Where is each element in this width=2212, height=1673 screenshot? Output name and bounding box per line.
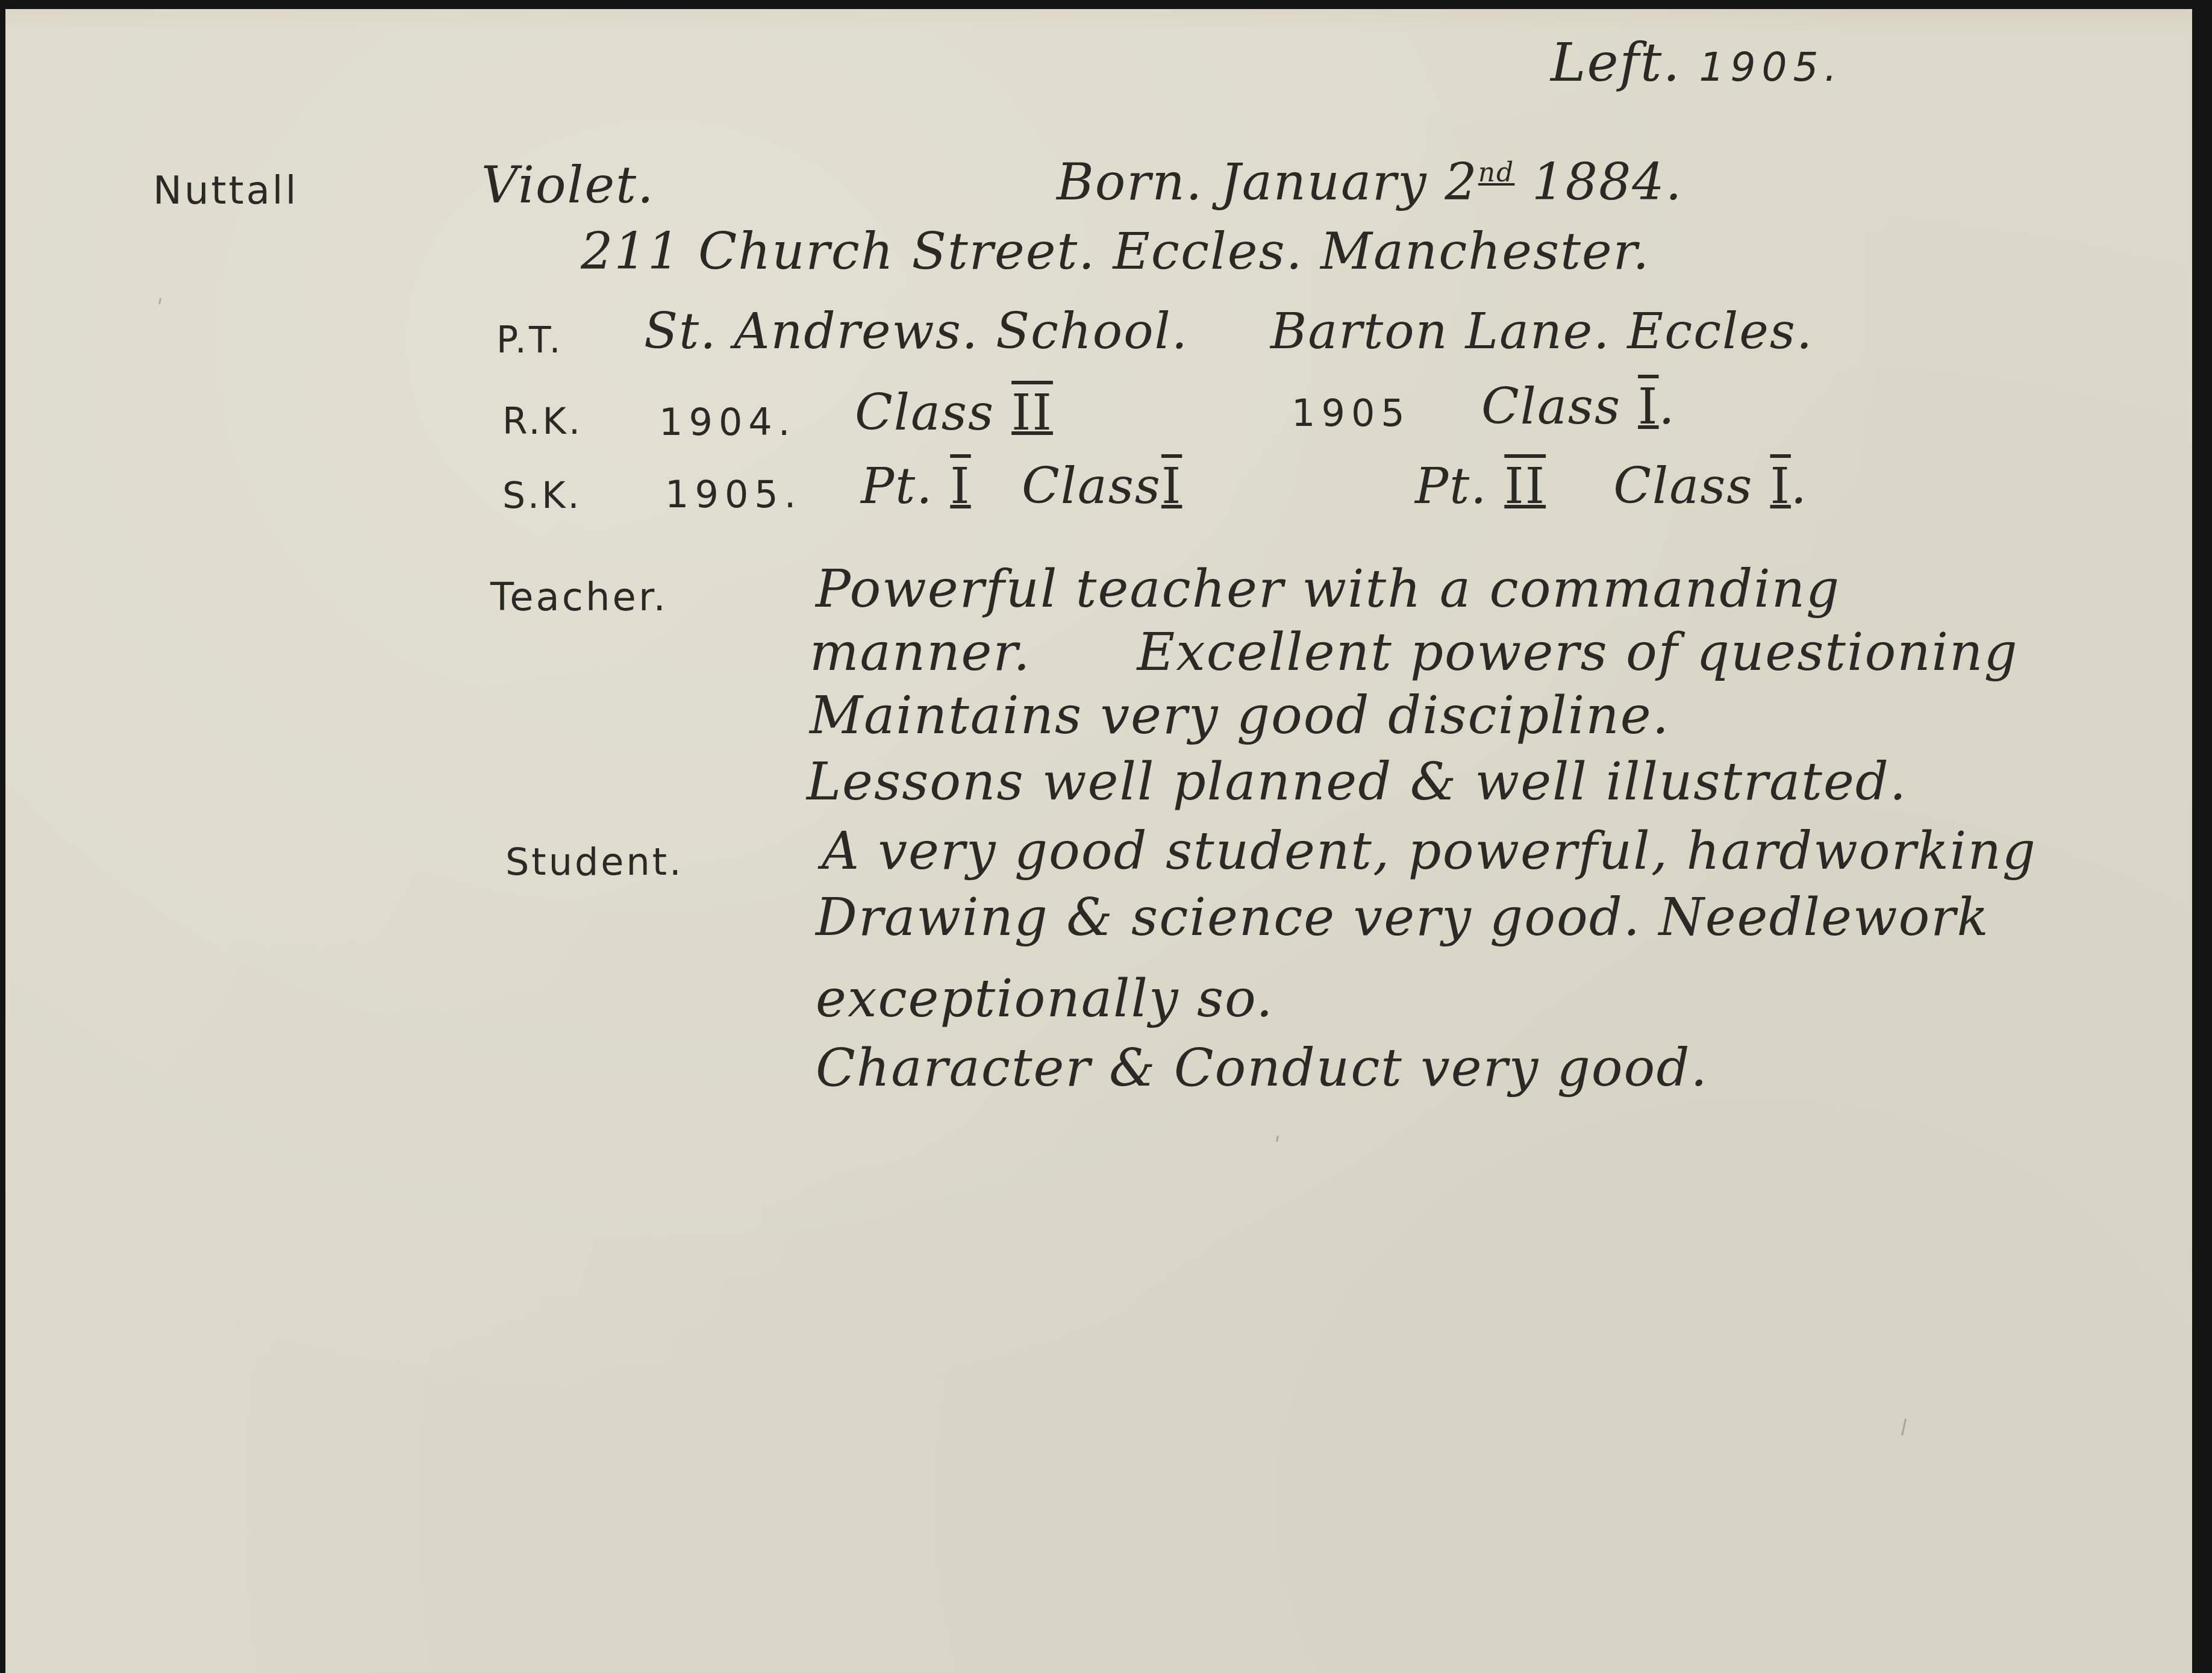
record-card: Left. 1905. Nuttall Violet. Born. Januar…: [5, 9, 2192, 1673]
pt-school: St. Andrews. School.: [644, 307, 1189, 357]
student-line-1: A very good student, powerful, hardworki…: [822, 825, 2037, 877]
rk-class2-end: .: [1659, 378, 1676, 436]
rk-class-1904: Class II: [855, 389, 1053, 438]
rk-year-1905: 1905: [1292, 395, 1411, 432]
sk-label: S.K.: [502, 478, 582, 514]
forename: Violet.: [481, 160, 655, 210]
born-day-suffix: nd: [1478, 157, 1515, 188]
pt-location: Barton Lane. Eccles.: [1270, 307, 1813, 357]
sk-part2-class-numeral: I: [1770, 458, 1790, 515]
left-year: 1905.: [1699, 44, 1843, 90]
born-month: January: [1220, 152, 1428, 211]
address: 211 Church Street. Eccles. Manchester.: [581, 226, 1650, 277]
student-line-4: Character & Conduct very good.: [816, 1042, 1708, 1094]
sk-part2-class-word: Class: [1613, 458, 1753, 515]
paper-speck: [1901, 1419, 1907, 1436]
teacher-line-4: Lessons well planned & well illustrated.: [807, 756, 1907, 808]
sk-year: 1905.: [665, 476, 802, 513]
born-day: 2: [1445, 152, 1478, 211]
rk-class1-word: Class: [855, 384, 995, 442]
teacher-line-2: manner. Excellent powers of questioning: [810, 627, 2019, 678]
sk-part1-class-numeral: I: [1161, 458, 1182, 515]
rk-year-1904: 1904.: [659, 404, 796, 441]
rk-class2-numeral: I: [1638, 378, 1658, 436]
sk-part1: Pt. I ClassI: [861, 462, 1182, 511]
sk-part1-class-word: Class: [1022, 458, 1161, 515]
born-year: 1884.: [1532, 152, 1682, 211]
left-label: Left.: [1551, 31, 1681, 93]
rk-class1-numeral: II: [1011, 384, 1053, 442]
paper-speck: [1276, 1136, 1279, 1142]
paper-speck: [158, 298, 161, 304]
student-line-2: Drawing & science very good. Needlework: [816, 892, 1990, 943]
sk-part1-word: Pt.: [861, 458, 933, 515]
sk-part2-numeral: II: [1504, 458, 1546, 515]
rk-class-1905: Class I.: [1481, 383, 1676, 432]
pt-label: P.T.: [496, 322, 563, 358]
teacher-line-1: Powerful teacher with a commanding: [816, 563, 1840, 615]
birth-date: Born. January 2nd 1884.: [1057, 157, 1682, 207]
rk-label: R.K.: [502, 404, 583, 440]
sk-part2-word: Pt.: [1415, 458, 1487, 515]
student-label: Student.: [505, 843, 684, 881]
rk-class2-word: Class: [1481, 378, 1621, 436]
student-line-3: exceptionally so.: [816, 973, 1274, 1025]
sk-part2: Pt. II Class I.: [1415, 462, 1808, 511]
sk-part1-numeral: I: [950, 458, 970, 515]
left-date: Left. 1905.: [1551, 36, 1843, 89]
surname: Nuttall: [153, 172, 298, 210]
sk-part2-end: .: [1791, 458, 1808, 515]
born-label: Born.: [1057, 152, 1203, 211]
teacher-label: Teacher.: [490, 578, 668, 617]
teacher-line-3: Maintains very good discipline.: [810, 690, 1670, 742]
